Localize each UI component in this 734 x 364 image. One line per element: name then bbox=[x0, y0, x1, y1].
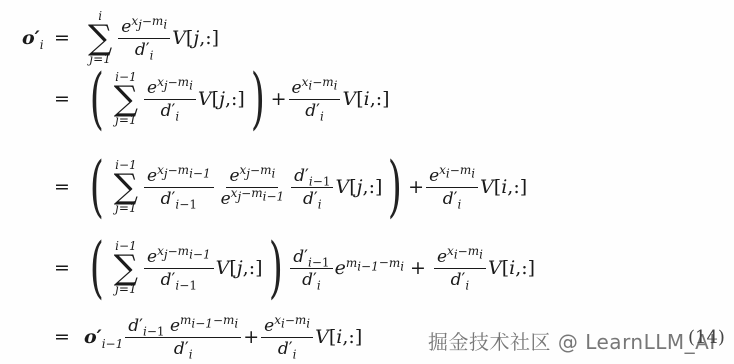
equals-sign: = bbox=[54, 88, 70, 110]
fraction: exi−mid′i bbox=[261, 315, 313, 360]
plus-sign: + bbox=[408, 176, 424, 198]
equals-sign: = bbox=[54, 257, 70, 279]
fraction: d′i−1d′i bbox=[291, 165, 333, 210]
left-paren: ( bbox=[90, 238, 104, 298]
summation: i−1∑j=1 bbox=[114, 71, 138, 127]
v-slice-i: V[i,:] bbox=[342, 88, 389, 110]
plus-sign: + bbox=[410, 257, 426, 279]
summation: i∑j=1 bbox=[88, 10, 112, 66]
summation: i−1∑j=1 bbox=[114, 240, 138, 296]
v-slice-j: V[j,:] bbox=[172, 27, 219, 49]
rhs: ( i−1∑j=1 exj−mi−1d′i−1 exj−miexj−mi−1 d… bbox=[84, 157, 527, 217]
fraction: d′i−1 emi−1−mid′i bbox=[125, 315, 241, 360]
fraction: exj−mid′i bbox=[118, 16, 170, 61]
plus-sign: + bbox=[243, 326, 259, 348]
fraction: exi−mid′i bbox=[426, 165, 478, 210]
exp-term: emi−1−mi bbox=[335, 257, 404, 279]
v-slice-j: V[j,:] bbox=[198, 88, 245, 110]
fraction: exj−mid′i bbox=[144, 77, 196, 122]
rhs: o′i−1 d′i−1 emi−1−mid′i + exi−mid′i V[i,… bbox=[84, 315, 362, 360]
watermark: 掘金技术社区 @ LearnLLM_AI bbox=[428, 326, 716, 355]
lhs-o-prime-i: o′i bbox=[22, 27, 44, 49]
fraction: exi−mid′i bbox=[289, 77, 341, 122]
fraction: exj−mi−1d′i−1 bbox=[144, 165, 214, 210]
equals-sign: = bbox=[54, 27, 70, 49]
v-slice-i: V[i,:] bbox=[480, 176, 527, 198]
plus-sign: + bbox=[271, 88, 287, 110]
fraction: exj−mi−1d′i−1 bbox=[144, 246, 214, 291]
v-slice-j: V[j,:] bbox=[335, 176, 382, 198]
fraction: d′i−1d′i bbox=[290, 246, 332, 291]
rhs: i∑j=1 exj−mid′i V[j,:] bbox=[84, 10, 219, 66]
v-slice-j: V[j,:] bbox=[216, 257, 263, 279]
right-paren: ) bbox=[388, 157, 402, 217]
left-paren: ( bbox=[90, 157, 104, 217]
right-paren: ) bbox=[268, 238, 282, 298]
rhs: ( i−1∑j=1 exj−mid′i V[j,:] ) + exi−mid′i… bbox=[84, 69, 390, 129]
o-prime-i-minus-1: o′i−1 bbox=[84, 326, 123, 348]
equation-number: (14) bbox=[688, 327, 725, 348]
fraction: exi−mid′i bbox=[434, 246, 486, 291]
equals-sign: = bbox=[54, 326, 70, 348]
right-paren: ) bbox=[251, 69, 265, 129]
v-slice-i: V[i,:] bbox=[315, 326, 362, 348]
fraction: exj−miexj−mi−1 bbox=[218, 165, 288, 210]
rhs: ( i−1∑j=1 exj−mi−1d′i−1 V[j,:] ) d′i−1d′… bbox=[84, 238, 535, 298]
left-paren: ( bbox=[90, 69, 104, 129]
equals-sign: = bbox=[54, 176, 70, 198]
v-slice-i: V[i,:] bbox=[488, 257, 535, 279]
summation: i−1∑j=1 bbox=[114, 159, 138, 215]
